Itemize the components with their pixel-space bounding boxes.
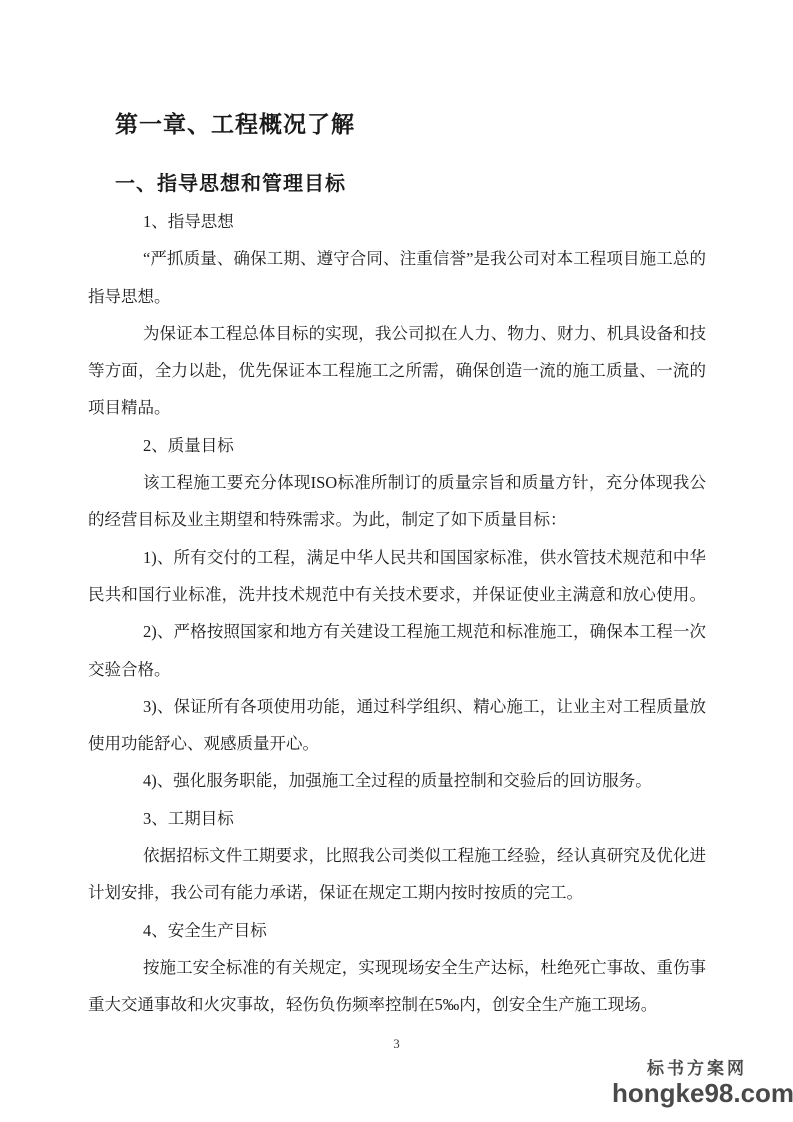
text-line: 使用功能舒心、观感质量开心。 [88, 725, 706, 762]
text-line: 计划安排，我公司有能力承诺，保证在规定工期内按时按质的完工。 [88, 874, 706, 911]
text-line: 2、质量目标 [88, 427, 706, 464]
text-line: 项目精品。 [88, 389, 706, 426]
text-line: “严抓质量、确保工期、遵守合同、注重信誉”是我公司对本工程项目施工总的 [88, 240, 706, 277]
text-line: 重大交通事故和火灾事故，轻伤负伤频率控制在5‰内，创安全生产施工现场。 [88, 986, 706, 1023]
text-line: 3)、保证所有各项使用功能，通过科学组织、精心施工，让业主对工程质量放心、 [88, 688, 706, 725]
chapter-title: 第一章、工程概况了解 [115, 106, 355, 139]
text-line: 3、工期目标 [88, 800, 706, 837]
document-body: 1、指导思想“严抓质量、确保工期、遵守合同、注重信誉”是我公司对本工程项目施工总… [88, 203, 706, 1024]
section-title: 一、指导思想和管理目标 [115, 167, 346, 196]
watermark: 标书方案网 hongke98.com [612, 1060, 782, 1106]
text-line: 该工程施工要充分体现ISO标准所制订的质量宗旨和质量方针，充分体现我公司 [88, 464, 706, 501]
text-line: 的经营目标及业主期望和特殊需求。为此，制定了如下质量目标： [88, 501, 706, 538]
text-line: 1、指导思想 [88, 203, 706, 240]
watermark-site-name: 标书方案网 [612, 1060, 782, 1077]
text-line: 为保证本工程总体目标的实现，我公司拟在人力、物力、财力、机具设备和技术 [88, 315, 706, 352]
text-line: 等方面，全力以赴，优先保证本工程施工之所需，确保创造一流的施工质量、一流的 [88, 352, 706, 389]
text-line: 2)、严格按照国家和地方有关建设工程施工规范和标准施工，确保本工程一次性 [88, 613, 706, 650]
text-line: 1)、所有交付的工程，满足中华人民共和国国家标准，供水管技术规范和中华人 [88, 539, 706, 576]
watermark-site-domain: hongke98.com [612, 1080, 782, 1106]
text-line: 4)、强化服务职能，加强施工全过程的质量控制和交验后的回访服务。 [88, 762, 706, 799]
document-page: 第一章、工程概况了解 一、指导思想和管理目标 1、指导思想“严抓质量、确保工期、… [0, 0, 793, 1122]
text-line: 交验合格。 [88, 651, 706, 688]
text-line: 按施工安全标准的有关规定，实现现场安全生产达标，杜绝死亡事故、重伤事故、 [88, 949, 706, 986]
text-line: 指导思想。 [88, 278, 706, 315]
text-line: 依据招标文件工期要求，比照我公司类似工程施工经验，经认真研究及优化进度 [88, 837, 706, 874]
text-line: 4、安全生产目标 [88, 912, 706, 949]
text-line: 民共和国行业标准，洗井技术规范中有关技术要求，并保证使业主满意和放心使用。 [88, 576, 706, 613]
page-number: 3 [0, 1036, 793, 1052]
